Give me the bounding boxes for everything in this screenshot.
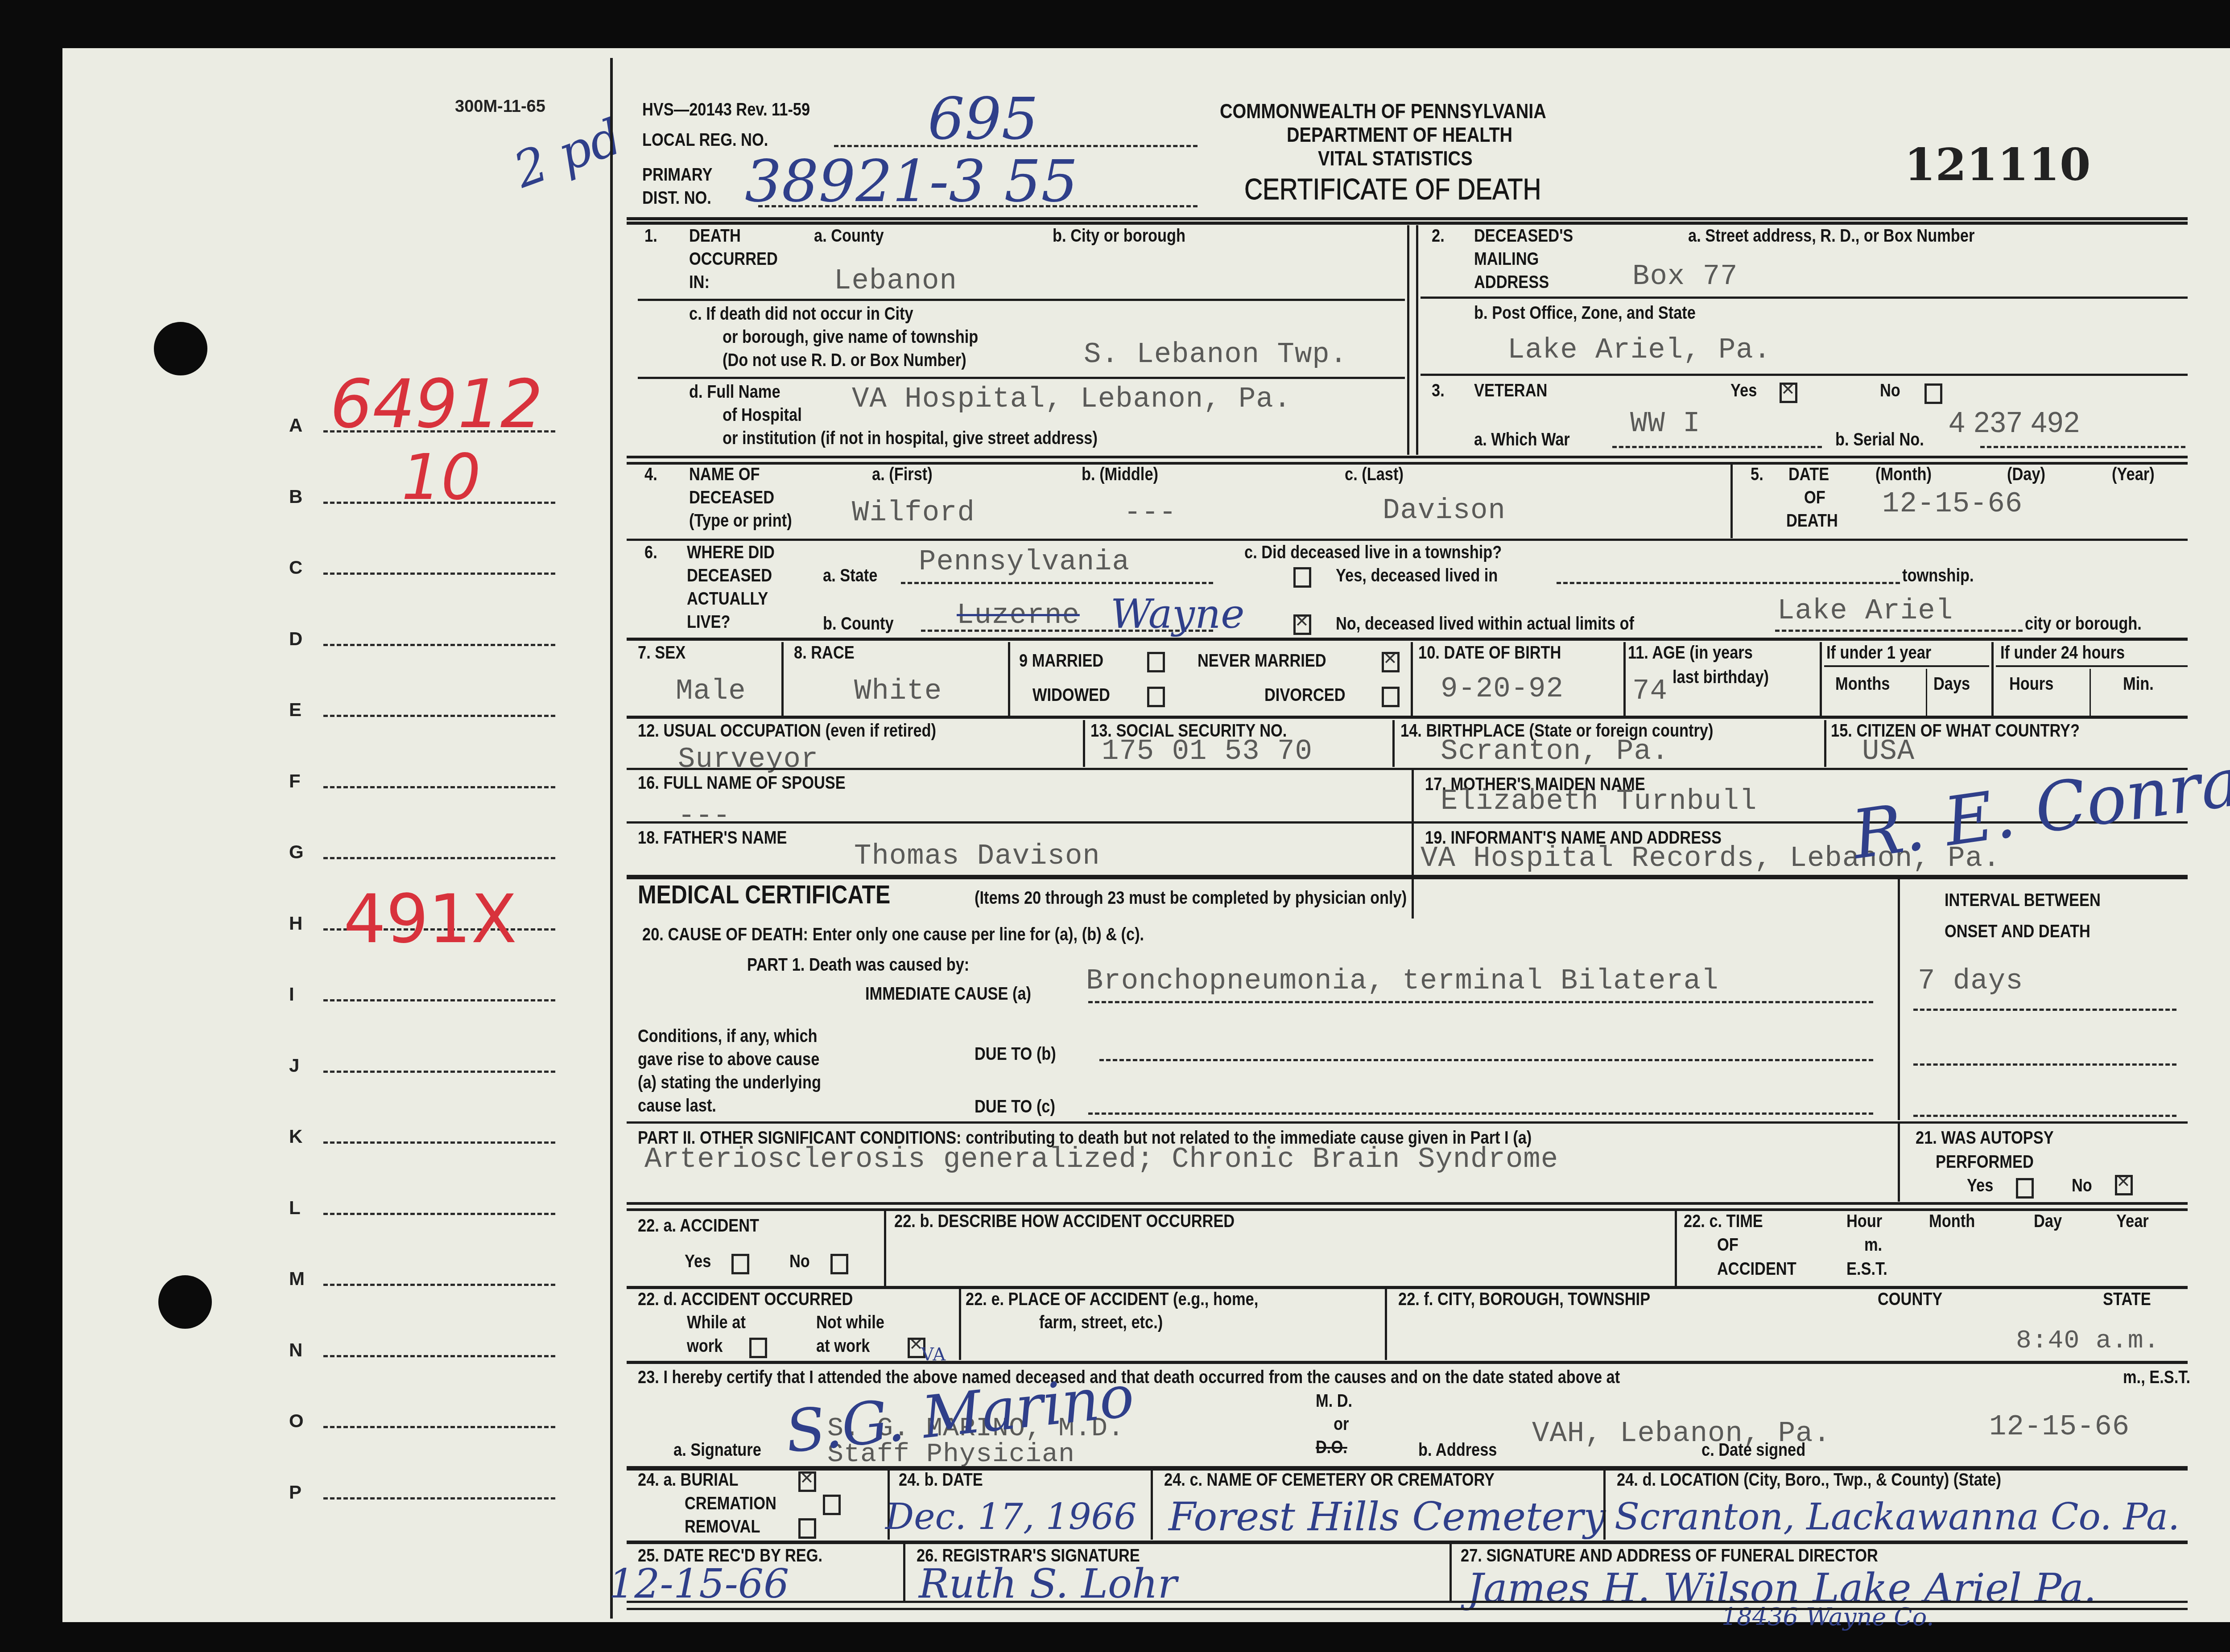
item22b-label: 22. b. DESCRIBE HOW ACCIDENT OCCURRED	[894, 1211, 1235, 1232]
item22a-no-label: No	[789, 1251, 810, 1272]
item6a-label: a. State	[823, 565, 877, 586]
item21-no-label: No	[2072, 1175, 2092, 1196]
item22a-yes-label: Yes	[685, 1251, 711, 1272]
header-rule-1	[627, 217, 2188, 220]
item22c-month-label: Month	[1929, 1211, 1975, 1232]
item12-label: 12. USUAL OCCUPATION (even if retired)	[638, 720, 936, 742]
divider-14-15	[1824, 720, 1826, 767]
item6c-yes-text: Yes, deceased lived in	[1336, 565, 1498, 586]
item24b-label: 24. b. DATE	[899, 1469, 983, 1491]
due-to-c-line	[1088, 1112, 1873, 1115]
interval-line-b	[1913, 1063, 2176, 1066]
item9-never-married-label: NEVER MARRIED	[1198, 650, 1326, 672]
item24a-cremation-label: CREMATION	[685, 1493, 776, 1514]
item4b-value[interactable]: ---	[1124, 497, 1177, 529]
item24c-value[interactable]: Forest Hills Cemetery	[1169, 1494, 1606, 1540]
under1-rule	[1824, 665, 1989, 667]
margin-line-d[interactable]	[323, 644, 555, 646]
item22c-est-label: E.S.T.	[1846, 1258, 1887, 1280]
item3b-value[interactable]: 4 237 492	[1949, 406, 2080, 439]
item22f-county-label: COUNTY	[1878, 1289, 1942, 1310]
rule-after-1-3-a	[627, 456, 2188, 458]
divider-13-14	[1392, 720, 1395, 767]
item6c-no-value[interactable]: Lake Ariel	[1777, 595, 1953, 627]
item9-married-checkbox[interactable]	[1147, 652, 1165, 672]
interval-label-2: ONSET AND DEATH	[1945, 921, 2090, 942]
item21-label-1: 21. WAS AUTOPSY	[1916, 1127, 2054, 1149]
divider-16-17	[1412, 769, 1414, 919]
margin-letter-l: L	[289, 1197, 301, 1219]
item5-month-label: (Month)	[1875, 464, 1932, 485]
item2b-label: b. Post Office, Zone, and State	[1474, 302, 1696, 324]
due-to-b-line	[1099, 1059, 1873, 1061]
punch-hole-top	[154, 322, 207, 375]
item24b-value[interactable]: Dec. 17, 1966	[885, 1496, 1136, 1537]
item18-value[interactable]: Thomas Davison	[854, 840, 1100, 873]
divider-22e-22f	[1385, 1289, 1387, 1360]
under24-label: If under 24 hours	[2000, 642, 2125, 663]
item22c-label-3: ACCIDENT	[1717, 1258, 1796, 1280]
item1d-label-line1: d. Full Name	[689, 381, 780, 403]
margin-line-m[interactable]	[323, 1284, 555, 1286]
margin-line-p[interactable]	[323, 1497, 555, 1500]
item6c-yes-line	[1557, 582, 1900, 584]
item24c-label: 24. c. NAME OF CEMETERY OR CREMATORY	[1164, 1469, 1495, 1491]
margin-letter-o: O	[289, 1410, 304, 1432]
item1-label-line2: OCCURRED	[689, 248, 778, 270]
item8-value[interactable]: White	[854, 676, 942, 708]
item4-label-line1: NAME OF	[689, 464, 760, 485]
item6a-line	[901, 582, 1213, 584]
item1d-label-line3: or institution (if not in hospital, give…	[723, 428, 1098, 449]
item3-no-label: No	[1880, 380, 1900, 401]
item2a-label: a. Street address, R. D., or Box Number	[1688, 225, 1974, 247]
item5-value[interactable]: 12-15-66	[1882, 488, 2023, 520]
item3a-label: a. Which War	[1474, 429, 1570, 450]
item22d-while-2: work	[687, 1335, 723, 1357]
rule-2a	[1421, 297, 2188, 299]
item3a-line	[1612, 446, 1822, 448]
item4c-label: c. (Last)	[1345, 464, 1404, 485]
item24a-removal-checkbox[interactable]	[798, 1518, 816, 1539]
item22d-while-checkbox[interactable]	[749, 1338, 767, 1358]
item1b-label: b. City or borough	[1053, 225, 1185, 247]
item22c-year-label: Year	[2116, 1211, 2149, 1232]
item2-label-line2: MAILING	[1474, 248, 1539, 270]
margin-line-n[interactable]	[323, 1355, 555, 1357]
margin-letter-f: F	[289, 770, 301, 792]
item6c-no-text: No, deceased lived within actual limits …	[1336, 613, 1634, 634]
item6-label-line4: LIVE?	[687, 611, 730, 633]
margin-letter-g: G	[289, 841, 304, 863]
item22c-day-label: Day	[2034, 1211, 2062, 1232]
item22d-notwhile-1: Not while	[816, 1312, 884, 1333]
item23-address-label: b. Address	[1418, 1439, 1497, 1461]
item3-yes-label: Yes	[1730, 380, 1757, 401]
item17-value[interactable]: Elizabeth Turnbull	[1441, 786, 1757, 818]
primary-dist-label-2: DIST. NO.	[642, 187, 711, 209]
local-reg-value: 695	[928, 85, 1038, 152]
item12-value[interactable]: Surveyor	[678, 744, 818, 776]
certificate-number: 121110	[1904, 138, 2090, 191]
item5-day-label: (Day)	[2007, 464, 2045, 485]
conditions-label-4: cause last.	[638, 1095, 716, 1116]
interval-label-1: INTERVAL BETWEEN	[1945, 890, 2101, 911]
item6-label-line1: WHERE DID	[687, 542, 775, 563]
item11-label-line1: 11. AGE (in years	[1628, 642, 1753, 663]
item1a-label: a. County	[814, 225, 884, 247]
item1-label-line1: DEATH	[689, 225, 741, 247]
conditions-label-1: Conditions, if any, which	[638, 1026, 818, 1047]
rule-1c	[638, 377, 1405, 379]
item22e-label-2: farm, street, etc.)	[1039, 1312, 1163, 1333]
item6c-yes-suffix: township.	[1902, 565, 1974, 586]
rule-after-21-a	[627, 1202, 2188, 1205]
item3-label: VETERAN	[1474, 380, 1547, 401]
item1c-label-line3: (Do not use R. D. or Box Number)	[723, 350, 966, 371]
item9-divorced-checkbox[interactable]	[1382, 687, 1400, 707]
rule-1ab	[638, 299, 1405, 301]
item1-2-divider-b	[1416, 225, 1418, 455]
item23-do-label: D.O.	[1316, 1437, 1347, 1458]
item11-label-line2: last birthday)	[1672, 667, 1769, 688]
header-line-2: DEPARTMENT OF HEALTH	[1287, 123, 1512, 147]
item23-statement-suffix: m., E.S.T.	[2123, 1367, 2190, 1388]
medical-interval-divider	[1898, 879, 1900, 1120]
margin-letter-m: M	[289, 1268, 305, 1289]
margin-letter-k: K	[289, 1126, 302, 1147]
divider-12-13	[1083, 720, 1085, 767]
divider-24b-24c	[1151, 1471, 1153, 1540]
item5-number: 5.	[1751, 464, 1763, 485]
item23-signature-label: a. Signature	[673, 1439, 761, 1461]
item3-number: 3.	[1432, 380, 1445, 401]
stub-divider	[610, 58, 613, 1619]
item4-label-line3: (Type or print)	[689, 510, 792, 531]
margin-letter-i: I	[289, 984, 294, 1005]
item24a-cremation-checkbox[interactable]	[823, 1495, 841, 1515]
margin-letter-a: A	[289, 415, 302, 436]
rule-after-7	[627, 716, 2188, 719]
item20-label: 20. CAUSE OF DEATH: Enter only one cause…	[642, 924, 1144, 945]
item4b-label: b. (Middle)	[1082, 464, 1158, 485]
item1-label-line3: IN:	[689, 272, 710, 293]
margin-letter-j: J	[289, 1055, 299, 1076]
item21-label-2: PERFORMED	[1936, 1151, 2034, 1173]
divider-9-10	[1411, 642, 1413, 716]
item24d-value[interactable]: Scranton, Lackawanna Co. Pa.	[1615, 1496, 2180, 1538]
margin-red-mark-b: 10	[401, 441, 481, 514]
margin-line-e[interactable]	[323, 715, 555, 717]
item23-date-value[interactable]: 12-15-66	[1989, 1411, 2130, 1443]
part1-label: PART 1. Death was caused by:	[747, 954, 969, 976]
item6c-no-suffix: city or borough.	[2025, 613, 2142, 634]
item14-value[interactable]: Scranton, Pa.	[1441, 736, 1669, 768]
divider-months-days	[1926, 669, 1927, 716]
hours-label: Hours	[2009, 673, 2053, 695]
divider-11-under1	[1820, 642, 1822, 716]
item10-label: 10. DATE OF BIRTH	[1418, 642, 1561, 663]
margin-letter-c: C	[289, 557, 302, 578]
item4c-value[interactable]: Davison	[1383, 495, 1506, 527]
item24a-burial-label: 24. a. BURIAL	[638, 1469, 739, 1491]
item1d-label-line2: of Hospital	[723, 404, 802, 426]
item3-no-checkbox[interactable]	[1924, 383, 1942, 404]
divider-24c-24d	[1603, 1471, 1606, 1540]
rule-after-4	[627, 539, 2188, 541]
margin-line-l[interactable]	[323, 1213, 555, 1215]
item1c-value[interactable]: S. Lebanon Twp.	[1084, 339, 1347, 371]
item6c-no-line	[1775, 630, 2023, 632]
due-to-c-label: DUE TO (c)	[975, 1096, 1055, 1117]
item6c-yes-checkbox[interactable]	[1293, 567, 1311, 588]
item3-yes-checkbox[interactable]	[1780, 383, 1797, 403]
divider-8-9	[1008, 642, 1010, 716]
under1-label: If under 1 year	[1826, 642, 1931, 663]
margin-line-f[interactable]	[323, 786, 555, 788]
months-label: Months	[1835, 673, 1890, 695]
item10-value[interactable]: 9-20-92	[1441, 673, 1564, 705]
item22d-label: 22. d. ACCIDENT OCCURRED	[638, 1289, 853, 1310]
margin-letter-e: E	[289, 699, 301, 721]
item6b-value[interactable]: Wayne	[1111, 591, 1244, 638]
bottom-rule-a	[627, 1601, 2188, 1603]
item22c-m-label: m.	[1864, 1234, 1882, 1256]
item27-label: 27. SIGNATURE AND ADDRESS OF FUNERAL DIR…	[1461, 1545, 1878, 1566]
margin-red-mark-h: 491X	[343, 881, 517, 958]
medical-title: MEDICAL CERTIFICATE	[638, 879, 890, 910]
item21-yes-checkbox[interactable]	[2016, 1178, 2034, 1199]
immediate-cause-line	[1088, 1001, 1873, 1003]
item1-number: 1.	[644, 225, 657, 247]
rule-after-12	[627, 768, 2188, 770]
item6b-label: b. County	[823, 613, 894, 634]
item9-widowed-label: WIDOWED	[1032, 684, 1110, 706]
item6-label-line2: DECEASED	[687, 565, 772, 586]
under24-rule	[1996, 665, 2188, 667]
divider-10-11	[1623, 642, 1626, 716]
item22a-no-checkbox[interactable]	[830, 1254, 848, 1274]
rule-after-22	[627, 1361, 2188, 1364]
item5-label-line2: OF	[1804, 487, 1825, 508]
item24a-burial-checkbox[interactable]	[798, 1471, 816, 1492]
item9-divorced-label: DIVORCED	[1264, 684, 1346, 706]
item4-number: 4.	[644, 464, 657, 485]
item18-label: 18. FATHER'S NAME	[638, 827, 787, 849]
margin-letter-b: B	[289, 486, 302, 507]
item5-year-label: (Year)	[2112, 464, 2155, 485]
header-line-1: COMMONWEALTH OF PENNSYLVANIA	[1220, 99, 1546, 124]
margin-letter-h: H	[289, 913, 302, 934]
min-label: Min.	[2123, 673, 2154, 695]
item6c-no-checkbox[interactable]	[1293, 614, 1311, 635]
item27-extra: 18436 Wayne Co.	[1722, 1603, 1934, 1631]
item15-value[interactable]: USA	[1862, 736, 1915, 768]
divider-22b-22c	[1675, 1211, 1677, 1287]
rule-2b	[1421, 374, 2188, 376]
item6a-value[interactable]: Pennsylvania	[919, 546, 1130, 578]
item9-married-label: 9 MARRIED	[1019, 650, 1103, 672]
item22d-notwhile-2: at work	[816, 1335, 870, 1357]
interval-line-c	[1913, 1115, 2176, 1117]
item16-label: 16. FULL NAME OF SPOUSE	[638, 772, 846, 794]
item3a-value[interactable]: WW I	[1630, 408, 1701, 440]
item9-widowed-checkbox[interactable]	[1147, 687, 1165, 707]
item1a-value[interactable]: Lebanon	[834, 265, 957, 297]
margin-line-c[interactable]	[323, 573, 555, 575]
due-to-b-label: DUE TO (b)	[975, 1043, 1056, 1065]
item24d-label: 24. d. LOCATION (City, Boro., Twp., & Co…	[1617, 1469, 2001, 1491]
item22e-label-1: 22. e. PLACE OF ACCIDENT (e.g., home,	[966, 1289, 1258, 1310]
rule-after-1-3-b	[627, 462, 2188, 465]
margin-letter-d: D	[289, 628, 302, 650]
item5-label-line3: DEATH	[1786, 510, 1838, 531]
interval-line-a	[1913, 1009, 2176, 1011]
item4a-label: a. (First)	[872, 464, 933, 485]
item3b-label: b. Serial No.	[1835, 429, 1924, 450]
item8-label: 8. RACE	[794, 642, 855, 663]
item23-md-label: M. D.	[1316, 1390, 1352, 1412]
item23-or-label: or	[1334, 1413, 1349, 1435]
item21-yes-label: Yes	[1967, 1175, 1993, 1196]
header-rule-2	[627, 222, 2188, 225]
divider-25-26	[903, 1544, 905, 1602]
item22a-label: 22. a. ACCIDENT	[638, 1215, 759, 1236]
divider-22a-22b	[884, 1211, 886, 1287]
item1c-label-line1: c. If death did not occur in City	[689, 303, 913, 325]
rule-after-6	[627, 638, 2188, 641]
item13-value[interactable]: 175 01 53 70	[1102, 736, 1313, 768]
item4-label-line2: DECEASED	[689, 487, 774, 508]
rule-after-20	[627, 1121, 2188, 1124]
margin-letter-p: P	[289, 1482, 301, 1503]
certificate-title: CERTIFICATE OF DEATH	[1244, 172, 1541, 207]
rule-after-24	[627, 1541, 2188, 1544]
margin-red-mark-a: 64912	[330, 366, 543, 443]
margin-line-k[interactable]	[323, 1141, 555, 1144]
item21-no-checkbox[interactable]	[2115, 1175, 2133, 1195]
item7-value[interactable]: Male	[676, 676, 746, 708]
margin-line-i[interactable]	[323, 999, 555, 1001]
header-line-3: VITAL STATISTICS	[1318, 146, 1473, 171]
divider-under1-under24	[1991, 642, 1994, 716]
item22c-label-1: 22. c. TIME	[1684, 1211, 1763, 1232]
punch-hole-bottom	[158, 1275, 212, 1329]
item22d-while-1: While at	[687, 1312, 746, 1333]
item2-label-line3: ADDRESS	[1474, 272, 1549, 293]
divider-hours-min	[2090, 669, 2091, 716]
item9-never-married-checkbox[interactable]	[1382, 652, 1400, 672]
item24a-removal-label: REMOVAL	[685, 1516, 760, 1537]
item5-label-line1: DATE	[1788, 464, 1829, 485]
item4-5-divider	[1730, 465, 1733, 538]
death-time-value[interactable]: 8:40 a.m.	[2016, 1327, 2160, 1355]
part2-value[interactable]: Arteriosclerosis generalized; Chronic Br…	[644, 1144, 1558, 1176]
item22c-hour-label: Hour	[1846, 1211, 1882, 1232]
item2b-value[interactable]: Lake Ariel, Pa.	[1507, 334, 1771, 367]
divider-22d-22e	[959, 1289, 961, 1360]
item22f-label: 22. f. CITY, BOROUGH, TOWNSHIP	[1398, 1289, 1650, 1310]
days-label: Days	[1933, 673, 1970, 695]
item7-label: 7. SEX	[638, 642, 686, 663]
margin-line-o[interactable]	[323, 1426, 555, 1428]
item6b-struck-value: Luzerne	[957, 600, 1080, 632]
immediate-interval-value[interactable]: 7 days	[1918, 965, 2023, 997]
item23-date-label: c. Date signed	[1701, 1439, 1805, 1461]
immediate-cause-value[interactable]: Bronchopneumonia, terminal Bilateral	[1086, 965, 1719, 997]
immediate-cause-label: IMMEDIATE CAUSE (a)	[865, 983, 1031, 1005]
margin-letter-n: N	[289, 1339, 302, 1361]
item2-number: 2.	[1432, 225, 1445, 247]
item22a-yes-checkbox[interactable]	[731, 1254, 749, 1274]
item6-number: 6.	[644, 542, 657, 563]
item11-value[interactable]: 74	[1632, 676, 1668, 708]
item6c-label: c. Did deceased live in a township?	[1244, 542, 1502, 563]
margin-line-g[interactable]	[323, 857, 555, 859]
item4a-value[interactable]: Wilford	[852, 497, 975, 529]
item22c-label-2: OF	[1717, 1234, 1739, 1256]
conditions-label-3: (a) stating the underlying	[638, 1072, 821, 1093]
item2a-value[interactable]: Box 77	[1632, 261, 1738, 293]
primary-dist-value: 38921-3 55	[745, 147, 1078, 215]
divider-7-8	[781, 642, 784, 716]
form-revision-code: HVS—20143 Rev. 11-59	[642, 99, 810, 120]
item2-label-line1: DECEASED'S	[1474, 225, 1573, 247]
item1d-value[interactable]: VA Hospital, Lebanon, Pa.	[852, 383, 1291, 416]
rule-before-medical	[627, 875, 2188, 879]
margin-form-code: 300M-11-65	[455, 97, 545, 116]
margin-line-j[interactable]	[323, 1071, 555, 1073]
medical-subtitle: (Items 20 through 23 must be completed b…	[975, 887, 1407, 909]
divider-part2-21	[1898, 1124, 1900, 1202]
item6-label-line3: ACTUALLY	[687, 588, 768, 610]
item3b-line	[1980, 446, 2185, 448]
conditions-label-2: gave rise to above cause	[638, 1049, 819, 1070]
bottom-rule-b	[627, 1608, 2188, 1610]
item1c-label-line2: or borough, give name of township	[723, 326, 978, 348]
divider-26-27	[1449, 1544, 1452, 1602]
item1-2-divider-a	[1407, 225, 1409, 455]
item22f-state-label: STATE	[2103, 1289, 2151, 1310]
primary-dist-label-1: PRIMARY	[642, 164, 712, 185]
